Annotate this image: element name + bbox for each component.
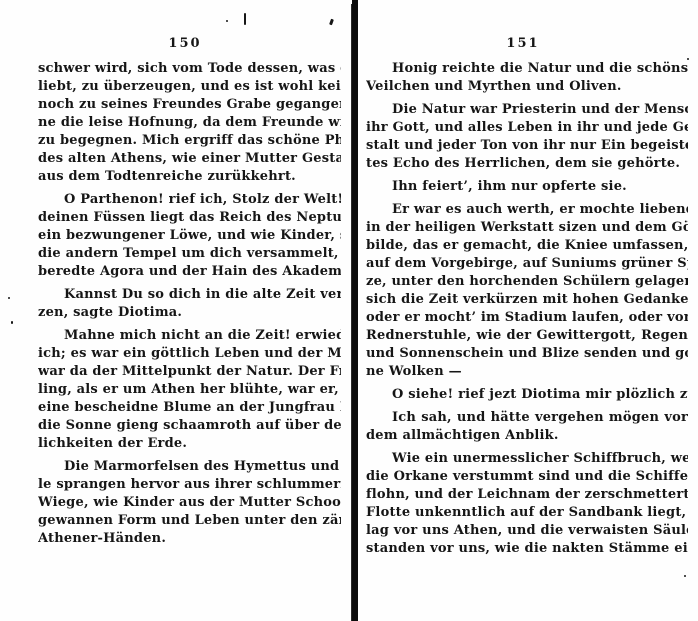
page-gutter-line (352, 0, 358, 621)
text-line: die Orkane verstummt sind und die Schiff… (366, 468, 688, 486)
text-line: deinen Füssen liegt das Reich des Neptun… (38, 209, 341, 227)
text-line: sich die Zeit verkürzen mit hohen Gedank… (366, 291, 688, 309)
paragraph: Mahne mich nicht an die Zeit! erwiedert’… (38, 327, 341, 453)
text-line: ling, als er um Athen her blühte, war er… (38, 381, 341, 399)
paragraph: Er war es auch werth, er mochte liebendi… (366, 201, 688, 381)
text-line: Die Marmorfelsen des Hymettus und Pente- (38, 458, 341, 476)
paragraph: Die Natur war Priesterin und der Menschi… (366, 101, 688, 173)
text-line: O Parthenon! rief ich, Stolz der Welt! z… (38, 191, 341, 209)
ink-speck (684, 575, 686, 577)
text-line: liebt, zu überzeugen, und es ist wohl ke… (38, 78, 341, 96)
paragraph: schwer wird, sich vom Tode dessen, was e… (38, 60, 341, 186)
text-line: O siehe! rief jezt Diotima mir plözlich … (366, 386, 688, 404)
text-line: aus dem Todtenreiche zurükkehrt. (38, 168, 341, 186)
text-line: eine bescheidne Blume an der Jungfrau Bu… (38, 399, 341, 417)
paragraph: O siehe! rief jezt Diotima mir plözlich … (366, 386, 688, 404)
text-line: die andern Tempel um dich versammelt, un… (38, 245, 341, 263)
text-line: ein bezwungener Löwe, und wie Kinder, si… (38, 227, 341, 245)
text-line: Athener-Händen. (38, 530, 341, 548)
text-line: und Sonnenschein und Blize senden und go… (366, 345, 688, 363)
text-line: beredte Agora und der Hain des Akademus … (38, 263, 341, 281)
text-line: Er war es auch werth, er mochte liebend (366, 201, 688, 219)
text-line: Flotte unkenntlich auf der Sandbank lieg… (366, 504, 688, 522)
text-line: Ihn feiert’, ihm nur opferte sie. (366, 178, 688, 196)
text-line: le sprangen hervor aus ihrer schlummernd… (38, 476, 341, 494)
ink-speck (226, 20, 228, 22)
text-line: lag vor uns Athen, und die verwaisten Sä… (366, 522, 688, 540)
text-line: Rednerstuhle, wie der Gewittergott, Rege… (366, 327, 688, 345)
page-number-right: 151 (501, 36, 545, 51)
ink-speck (244, 13, 246, 25)
ink-speck (687, 58, 689, 60)
paragraph: Ihn feiert’, ihm nur opferte sie. (366, 178, 688, 196)
text-line: Honig reichte die Natur und die schönste… (366, 60, 688, 78)
paragraph: Wie ein unermesslicher Schiffbruch, wenn… (366, 450, 688, 558)
text-line: oder er mocht’ im Stadium laufen, oder v… (366, 309, 688, 327)
text-line: ze, unter den horchenden Schülern gelage… (366, 273, 688, 291)
book-scan: 150 151 schwer wird, sich vom Tode desse… (0, 0, 698, 621)
text-line: Wie ein unermesslicher Schiffbruch, wenn (366, 450, 688, 468)
text-line: standen vor uns, wie die nakten Stämme e… (366, 540, 688, 558)
text-line: Mahne mich nicht an die Zeit! erwiedert’ (38, 327, 341, 345)
text-line: auf dem Vorgebirge, auf Suniums grüner S… (366, 255, 688, 273)
paragraph: O Parthenon! rief ich, Stolz der Welt! z… (38, 191, 341, 281)
left-page-text: schwer wird, sich vom Tode dessen, was e… (38, 60, 341, 600)
text-line: war da der Mittelpunkt der Natur. Der Fr… (38, 363, 341, 381)
right-page-text: Honig reichte die Natur und die schönste… (366, 60, 688, 600)
text-line: ich; es war ein göttlich Leben und der M… (38, 345, 341, 363)
paragraph: Honig reichte die Natur und die schönste… (366, 60, 688, 96)
text-line: bilde, das er gemacht, die Kniee umfasse… (366, 237, 688, 255)
text-line: die Sonne gieng schaamroth auf über den … (38, 417, 341, 435)
text-line: noch zu seines Freundes Grabe gegangen, … (38, 96, 341, 114)
ink-speck (329, 19, 334, 26)
text-line: Kannst Du so dich in die alte Zeit verse… (38, 286, 341, 304)
text-line: ne die leise Hofnung, da dem Freunde wir… (38, 114, 341, 132)
paragraph: Die Marmorfelsen des Hymettus und Pente-… (38, 458, 341, 548)
page-number-left: 150 (163, 36, 207, 51)
ink-speck (11, 321, 13, 324)
text-line: zu begegnen. Mich ergriff das schöne Pha… (38, 132, 341, 150)
text-line: Veilchen und Myrthen und Oliven. (366, 78, 688, 96)
text-line: flohn, und der Leichnam der zerschmetter… (366, 486, 688, 504)
text-line: ne Wolken — (366, 363, 688, 381)
text-line: ihr Gott, und alles Leben in ihr und jed… (366, 119, 688, 137)
text-line: schwer wird, sich vom Tode dessen, was e… (38, 60, 341, 78)
paragraph: Ich sah, und hätte vergehen mögen vordem… (366, 409, 688, 445)
text-line: Wiege, wie Kinder aus der Mutter Schoos,… (38, 494, 341, 512)
text-line: gewannen Form und Leben unter den zärtli… (38, 512, 341, 530)
paragraph: Kannst Du so dich in die alte Zeit verse… (38, 286, 341, 322)
text-line: des alten Athens, wie einer Mutter Gesta… (38, 150, 341, 168)
text-line: tes Echo des Herrlichen, dem sie gehörte… (366, 155, 688, 173)
ink-speck (8, 297, 10, 299)
text-line: Ich sah, und hätte vergehen mögen vor (366, 409, 688, 427)
text-line: Die Natur war Priesterin und der Mensch (366, 101, 688, 119)
text-line: dem allmächtigen Anblik. (366, 427, 688, 445)
text-line: zen, sagte Diotima. (38, 304, 341, 322)
text-line: stalt und jeder Ton von ihr nur Ein bege… (366, 137, 688, 155)
text-line: in der heiligen Werkstatt sizen und dem … (366, 219, 688, 237)
text-line: lichkeiten der Erde. (38, 435, 341, 453)
